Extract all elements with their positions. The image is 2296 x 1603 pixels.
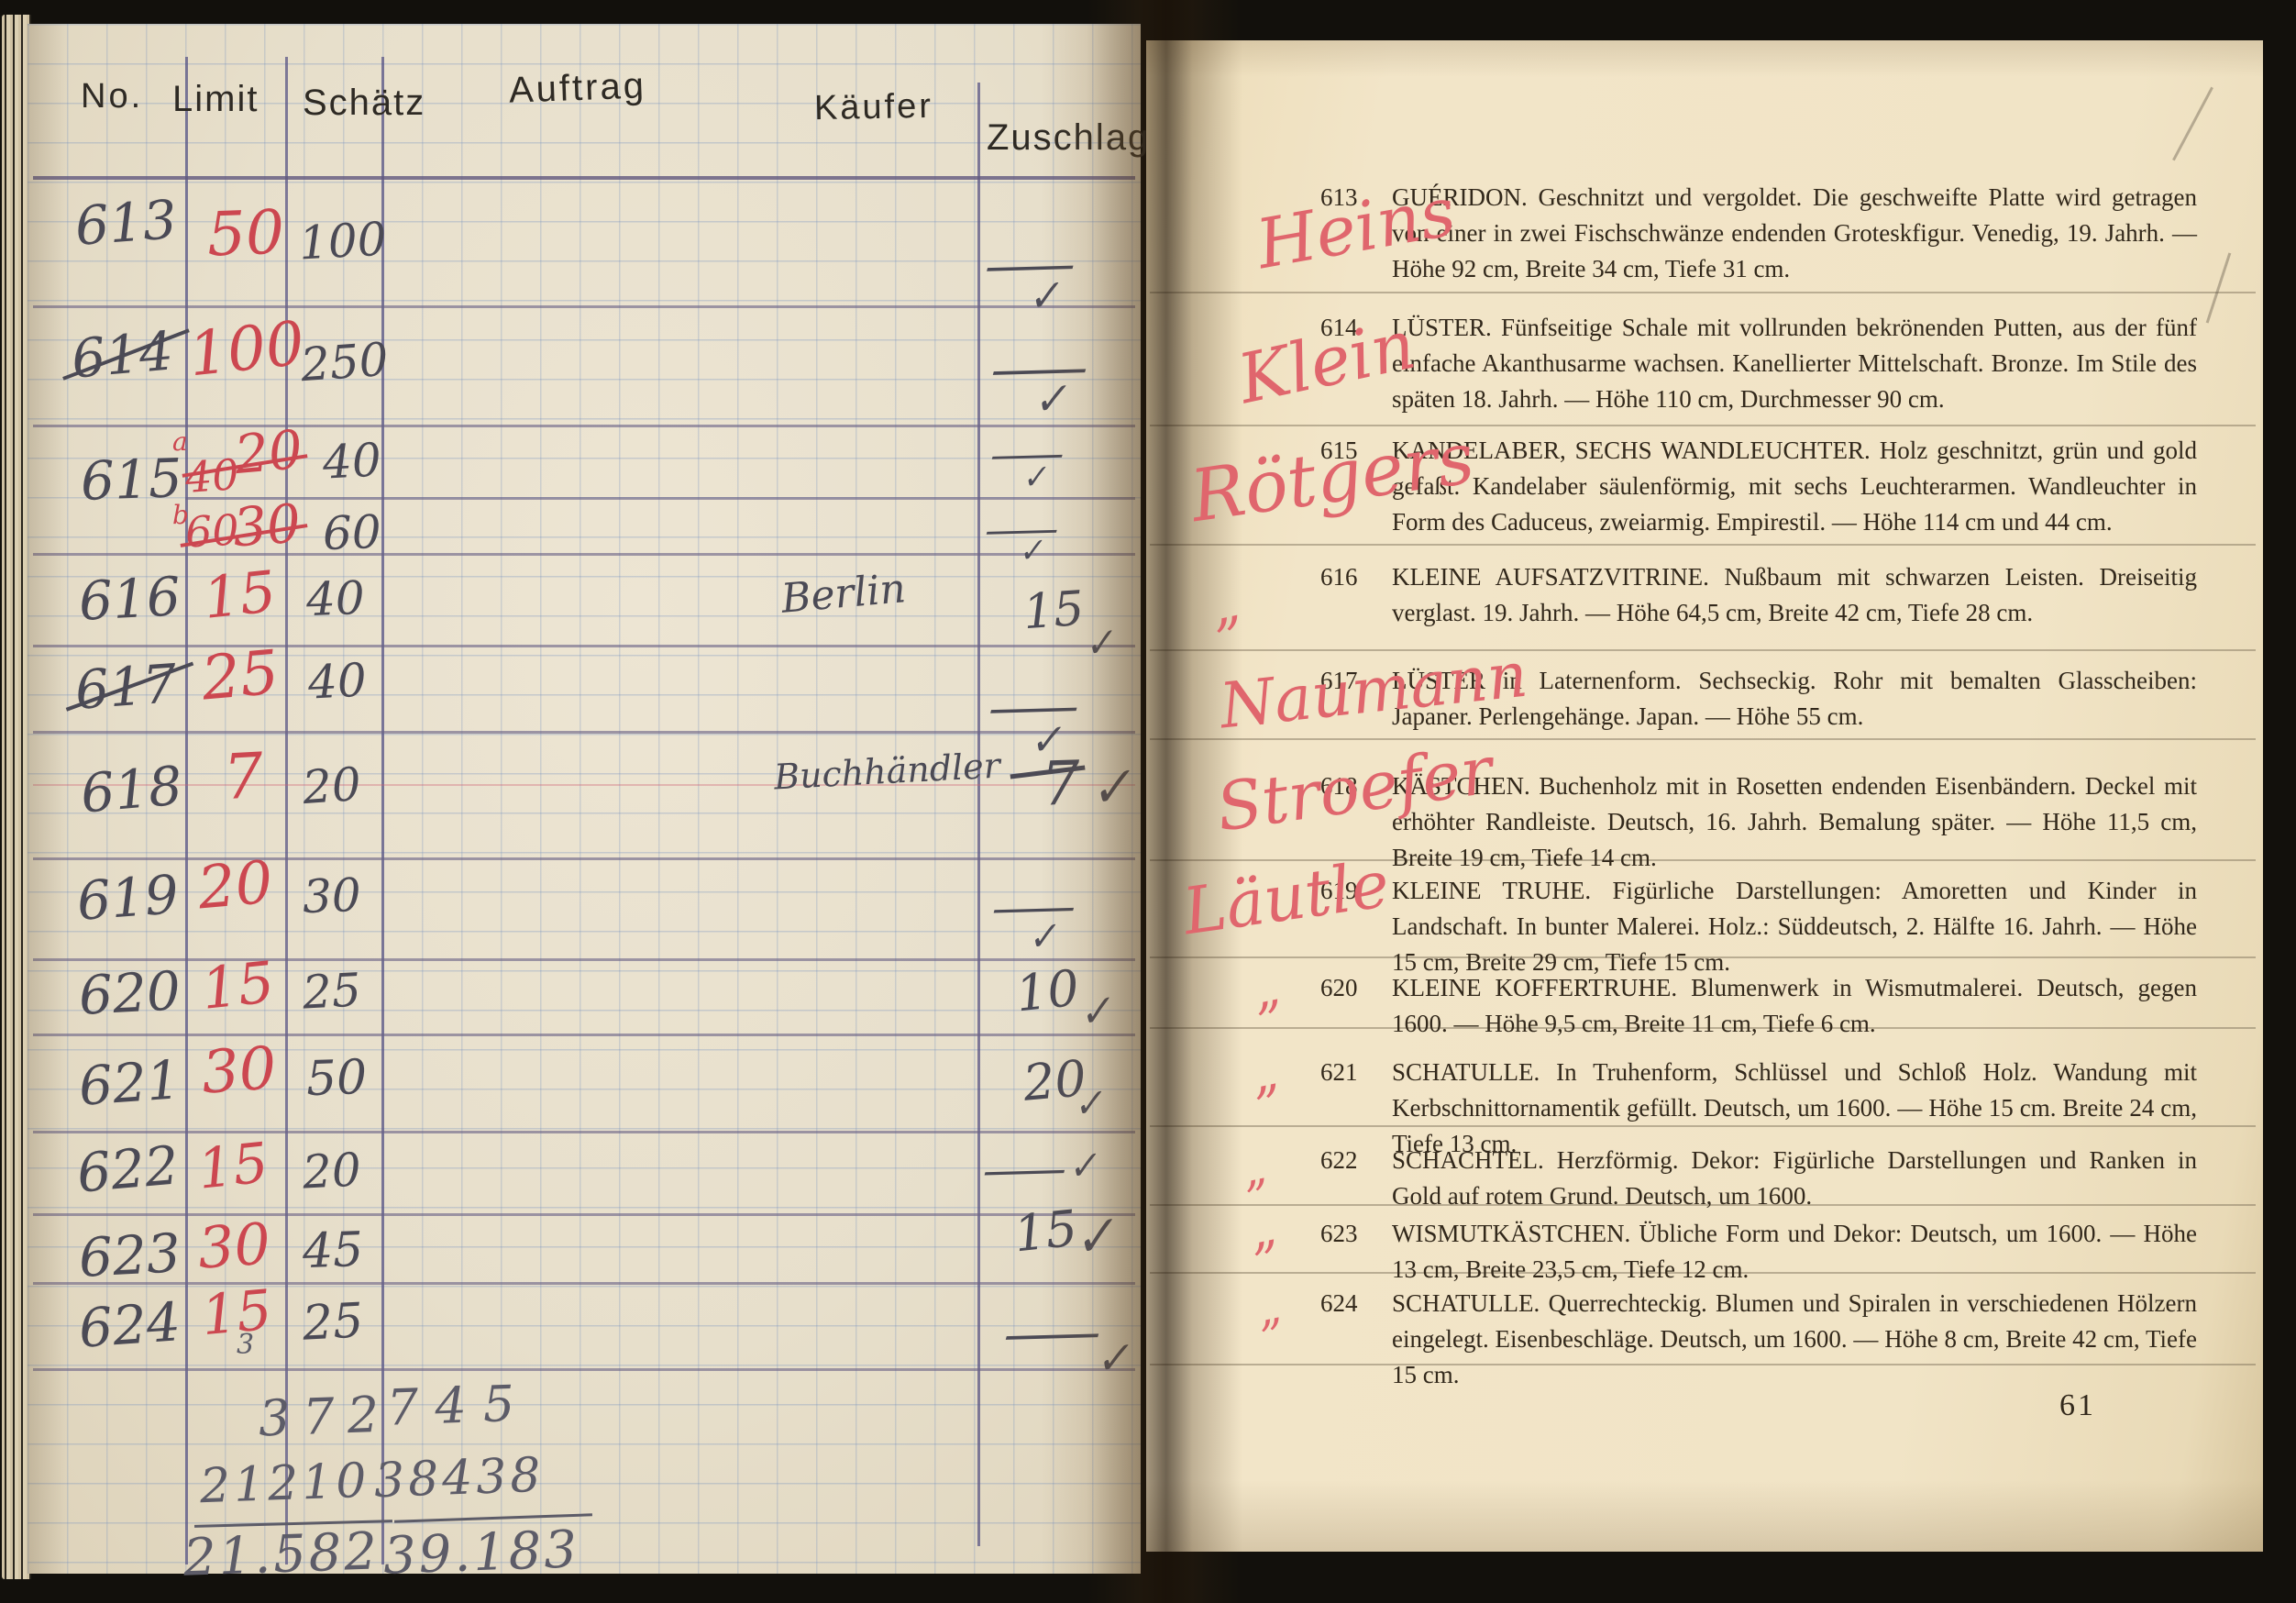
column-header-limit: Limit [172, 79, 259, 120]
lot-number: 620 [78, 964, 182, 1023]
column-header-zuschlag: Zuschlag [987, 117, 1150, 159]
entry-text: KLEINE AUFSATZVITRINE. Nußbaum mit schwa… [1392, 563, 2197, 626]
check-mark: ✓ [1093, 1335, 1132, 1381]
schaetz-value: 250 [299, 337, 390, 389]
ruled-line [33, 1131, 1135, 1133]
entry-rule [1150, 738, 2256, 740]
check-mark: ✓ [1086, 760, 1135, 817]
lot-number: 613 [73, 193, 178, 253]
check-mark: ✓ [1070, 1084, 1106, 1124]
entry-text: WISMUTKÄSTCHEN. Übliche Form und Dekor: … [1392, 1220, 2197, 1283]
catalog-page: 613GUÉRIDON. Geschnitzt und vergoldet. D… [1146, 40, 2263, 1552]
catalog-entry-623: 623WISMUTKÄSTCHEN. Übliche Form und Deko… [1320, 1216, 2197, 1288]
lot-number: 618 [79, 758, 184, 820]
column-header-schaetz: Schätz [303, 83, 425, 124]
entry-text: SCHACHTEL. Herzförmig. Dekor: Figürliche… [1392, 1146, 2197, 1210]
limit-value: 25 [199, 642, 281, 709]
schaetz-value: 60 [322, 509, 381, 557]
entry-number: 621 [1320, 1055, 1392, 1090]
entry-text: KÄSTCHEN. Buchenholz mit in Rosetten end… [1392, 772, 2197, 871]
ruled-line [33, 305, 1135, 308]
limit-value: 30 [200, 1039, 279, 1103]
ruled-line [33, 176, 1135, 180]
limit-old: 20 [233, 423, 305, 481]
entry-text: KANDELABER, SECHS WANDLEUCHTER. Holz ges… [1392, 437, 2197, 536]
limit-carry-sum: 21210 [199, 1457, 370, 1510]
column-header-no: No. [81, 77, 143, 116]
lot-number: 621 [77, 1053, 182, 1113]
schaetz-page-sum: 745 [386, 1378, 532, 1432]
catalog-entry-614: 614LÜSTER. Fünfseitige Schale mit vollru… [1320, 310, 2197, 417]
schaetz-value: 40 [305, 575, 365, 623]
zuschlag-value: 7 [1041, 753, 1081, 814]
check-mark: ✓ [1075, 989, 1115, 1035]
ledger-page: No. Limit Schätz Auftrag Käufer Zuschlag… [28, 24, 1141, 1574]
check-mark: ✓ [1081, 623, 1118, 664]
entry-rule [1150, 649, 2256, 651]
page-number: 61 [2059, 1388, 2096, 1423]
limit-value: 15 [201, 563, 279, 627]
check-mark: ✓ [1016, 534, 1046, 569]
ruled-line [33, 425, 1135, 427]
catalog-entry-616: 616KLEINE AUFSATZVITRINE. Nußbaum mit sc… [1320, 559, 2197, 631]
entry-text: SCHATULLE. Querrechteckig. Blumen und Sp… [1392, 1289, 2197, 1388]
entry-text: GUÉRIDON. Geschnitzt und vergoldet. Die … [1392, 183, 2197, 282]
limit-value: 50 [206, 203, 285, 266]
lot-number: 619 [75, 868, 180, 928]
ditto-mark-624: „ [1252, 1284, 1285, 1333]
lot-number: 615 [80, 451, 183, 508]
check-mark: ✓ [1031, 376, 1070, 422]
column-header-auftrag: Auftrag [508, 65, 646, 111]
limit-value: 30 [196, 1215, 272, 1277]
column-rule [185, 57, 188, 1564]
schaetz-value: 30 [302, 872, 361, 920]
lot-number: 623 [78, 1226, 182, 1285]
entry-text: LÜSTER. Fünfseitige Schale mit vollrunde… [1392, 314, 2197, 413]
zuschlag-dash: — [999, 1305, 1105, 1361]
limit-value: 100 [186, 314, 307, 386]
lot-number: 622 [75, 1138, 181, 1199]
check-mark: ✓ [1024, 917, 1060, 957]
buyer-value: Berlin [779, 569, 907, 620]
lot-number-struck: 614 [70, 324, 175, 385]
schaetz-value: 25 [302, 1297, 365, 1347]
entry-number: 623 [1320, 1216, 1392, 1252]
entry-text: KLEINE KOFFERTRUHE. Blumenwerk in Wismut… [1392, 974, 2197, 1037]
schaetz-value: 45 [302, 1226, 364, 1276]
entry-number: 616 [1320, 559, 1392, 595]
entry-number: 622 [1320, 1143, 1392, 1178]
ditto-mark-620: „ [1247, 963, 1284, 1019]
lot-number: 616 [78, 569, 182, 628]
ruled-line [33, 1034, 1135, 1036]
check-mark: ✓ [1068, 1209, 1120, 1266]
entry-number: 624 [1320, 1286, 1392, 1321]
entry-rule [1150, 292, 2256, 293]
entry-rule [1150, 544, 2256, 546]
lot-number-struck: 617 [73, 657, 178, 717]
column-rule [977, 83, 980, 1546]
schaetz-value: 100 [298, 216, 388, 267]
check-mark: ✓ [1020, 460, 1050, 495]
limit-total: 21.582 [182, 1526, 381, 1584]
schaetz-value: 50 [305, 1054, 368, 1103]
catalog-entry-624: 624SCHATULLE. Querrechteckig. Blumen und… [1320, 1286, 2197, 1393]
catalog-entry-620: 620KLEINE KOFFERTRUHE. Blumenwerk in Wis… [1320, 970, 2197, 1042]
ditto-mark-622: „ [1237, 1144, 1270, 1194]
sublot-prefix: a [172, 429, 188, 455]
limit-value: 15 [199, 954, 277, 1018]
entry-number: 620 [1320, 970, 1392, 1006]
ruled-line [33, 731, 1135, 734]
scanned-auction-ledger: No. Limit Schätz Auftrag Käufer Zuschlag… [0, 0, 2296, 1603]
pencil-scribble [2206, 252, 2232, 323]
schaetz-carry-sum: 38438 [373, 1452, 545, 1505]
zuschlag-value: 15 [1021, 585, 1086, 636]
column-header-kaeufer: Käufer [814, 87, 934, 128]
column-rule [381, 57, 384, 1564]
limit-page-sum: 372 [258, 1389, 392, 1443]
schaetz-value: 40 [307, 657, 368, 705]
ruled-line [33, 1368, 1135, 1371]
catalog-entry-622: 622SCHACHTEL. Herzförmig. Dekor: Figürli… [1320, 1143, 2197, 1214]
schaetz-value: 40 [322, 437, 382, 485]
schaetz-value: 25 [302, 967, 362, 1015]
ditto-mark-621: „ [1245, 1047, 1282, 1103]
catalog-entry-619: 619KLEINE TRUHE. Figürliche Darstellunge… [1320, 873, 2197, 980]
schaetz-value: 20 [301, 761, 362, 811]
entry-rule [1150, 425, 2256, 426]
schaetz-total: 39.183 [382, 1524, 580, 1582]
ruled-line [185, 497, 1135, 500]
graph-paper-grid [28, 24, 1141, 1574]
check-mark: ✓ [1024, 275, 1064, 320]
limit-value: 7 [222, 746, 265, 810]
ditto-mark-623: „ [1243, 1203, 1280, 1259]
check-mark: ✓ [1065, 1146, 1100, 1187]
schaetz-value: 20 [302, 1146, 362, 1195]
zuschlag-value: 10 [1013, 964, 1081, 1020]
ditto-mark-616: „ [1205, 575, 1244, 635]
sum-correction-note: 3 [237, 1332, 254, 1359]
entry-text: KLEINE TRUHE. Figürliche Darstellungen: … [1392, 877, 2197, 976]
limit-value: 20 [195, 854, 275, 919]
pencil-scribble [2172, 87, 2213, 161]
column-rule [285, 57, 288, 1564]
lot-number: 624 [77, 1295, 182, 1355]
zuschlag-dash: — [978, 1145, 1070, 1194]
limit-value: 15 [195, 1135, 270, 1198]
